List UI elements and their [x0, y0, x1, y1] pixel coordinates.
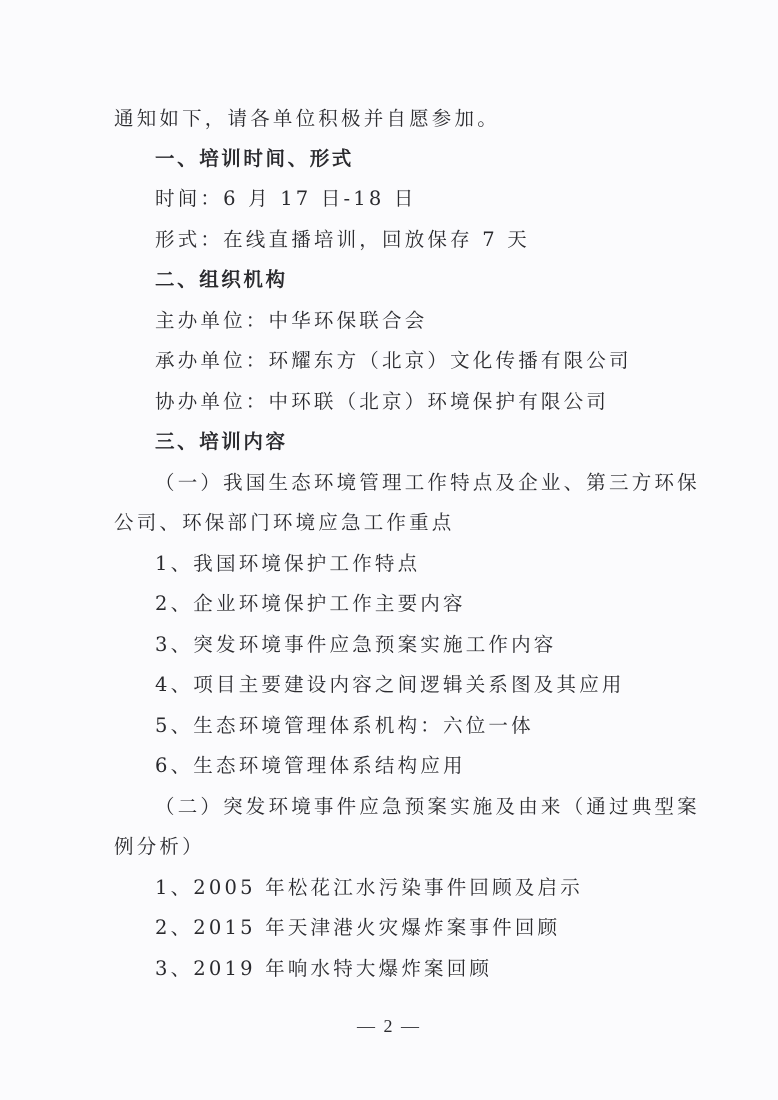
- subsection-2-title: （二）突发环境事件应急预案实施及由来（通过典型案: [155, 795, 700, 819]
- subsection-1-title-cont: 公司、环保部门环境应急工作重点: [114, 511, 455, 535]
- document-page: 通知如下，请各单位积极并自愿参加。 一、培训时间、形式 时间：6 月 17 日-…: [0, 0, 778, 1100]
- page-number: — 2 —: [0, 1016, 778, 1037]
- list-item: 3、2019 年响水特大爆炸案回顾: [155, 957, 492, 981]
- subsection-2-title-cont: 例分析）: [114, 835, 205, 859]
- list-item: 3、突发环境事件应急预案实施工作内容: [155, 633, 557, 657]
- list-item: 5、生态环境管理体系机构：六位一体: [155, 714, 534, 738]
- list-item: 2、企业环境保护工作主要内容: [155, 592, 466, 616]
- section-heading-3: 三、培训内容: [155, 430, 288, 454]
- list-item: 4、项目主要建设内容之间逻辑关系图及其应用: [155, 673, 625, 697]
- training-format: 形式：在线直播培训，回放保存 7 天: [155, 228, 530, 252]
- section-heading-2: 二、组织机构: [155, 268, 288, 292]
- paragraph-continuation: 通知如下，请各单位积极并自愿参加。: [114, 107, 500, 131]
- list-item: 6、生态环境管理体系结构应用: [155, 754, 466, 778]
- section-heading-1: 一、培训时间、形式: [155, 147, 354, 171]
- subsection-1-title: （一）我国生态环境管理工作特点及企业、第三方环保: [155, 471, 700, 495]
- list-item: 2、2015 年天津港火灾爆炸案事件回顾: [155, 916, 560, 940]
- list-item: 1、我国环境保护工作特点: [155, 552, 420, 576]
- organizer: 主办单位：中华环保联合会: [155, 309, 427, 333]
- list-item: 1、2005 年松花江水污染事件回顾及启示: [155, 876, 583, 900]
- training-time: 时间：6 月 17 日-18 日: [155, 187, 417, 211]
- undertaker: 承办单位：环耀东方（北京）文化传播有限公司: [155, 349, 632, 373]
- co-organizer: 协办单位：中环联（北京）环境保护有限公司: [155, 390, 609, 414]
